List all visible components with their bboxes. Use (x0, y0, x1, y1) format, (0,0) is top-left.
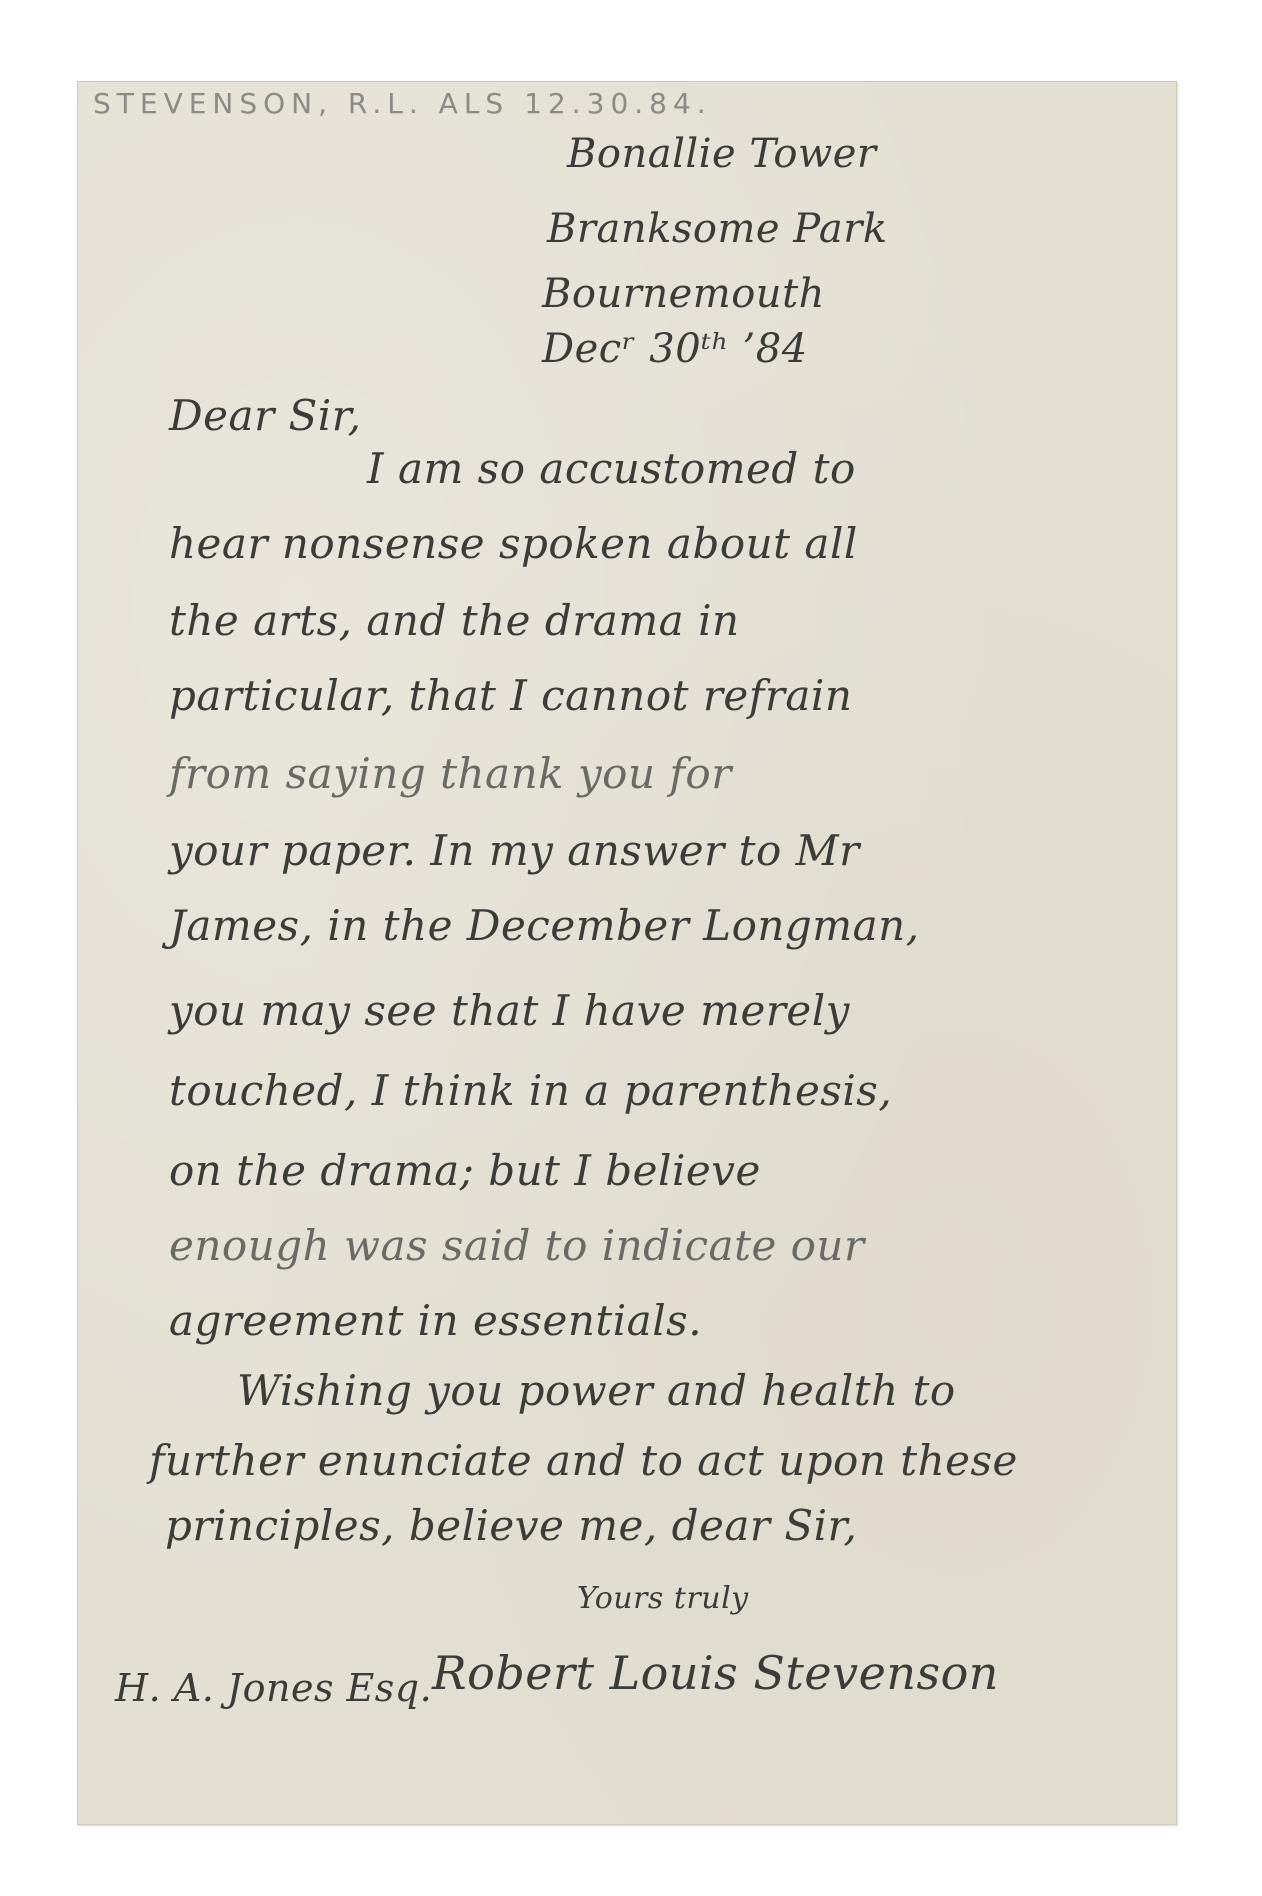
body-line: from saying thank you for (169, 749, 732, 798)
closing-line: Wishing you power and health to (237, 1366, 956, 1415)
address-line-house: Bonallie Tower (567, 131, 877, 177)
body-line: your paper. In my answer to Mr (169, 826, 860, 875)
body-line: James, in the December Longman, (169, 901, 920, 950)
archival-pencil-note: STEVENSON, R.L. ALS 12.30.84. (93, 87, 712, 120)
body-line: the arts, and the drama in (169, 596, 740, 645)
body-line: I am so accustomed to (367, 444, 856, 493)
body-line: enough was said to indicate our (169, 1221, 865, 1270)
body-line: touched, I think in a parenthesis, (169, 1066, 892, 1115)
addressee: H. A. Jones Esq. (115, 1666, 432, 1710)
salutation: Dear Sir, (169, 391, 362, 440)
closing-line: further enunciate and to act upon these (149, 1436, 1018, 1485)
body-line: you may see that I have merely (169, 986, 850, 1035)
body-line: on the drama; but I believe (169, 1146, 761, 1195)
closing-line: principles, believe me, dear Sir, (165, 1501, 857, 1550)
letter-sheet: STEVENSON, R.L. ALS 12.30.84. Bonallie T… (77, 81, 1177, 1825)
address-line-park: Branksome Park (547, 206, 888, 252)
body-line: particular, that I cannot refrain (169, 671, 852, 720)
valediction: Yours truly (577, 1581, 749, 1616)
address-line-town: Bournemouth (542, 271, 825, 317)
body-line: agreement in essentials. (169, 1296, 702, 1345)
letter-date: Decʳ 30ᵗʰ ’84 (542, 326, 808, 372)
body-line: hear nonsense spoken about all (169, 519, 858, 568)
signature: Robert Louis Stevenson (432, 1646, 999, 1700)
